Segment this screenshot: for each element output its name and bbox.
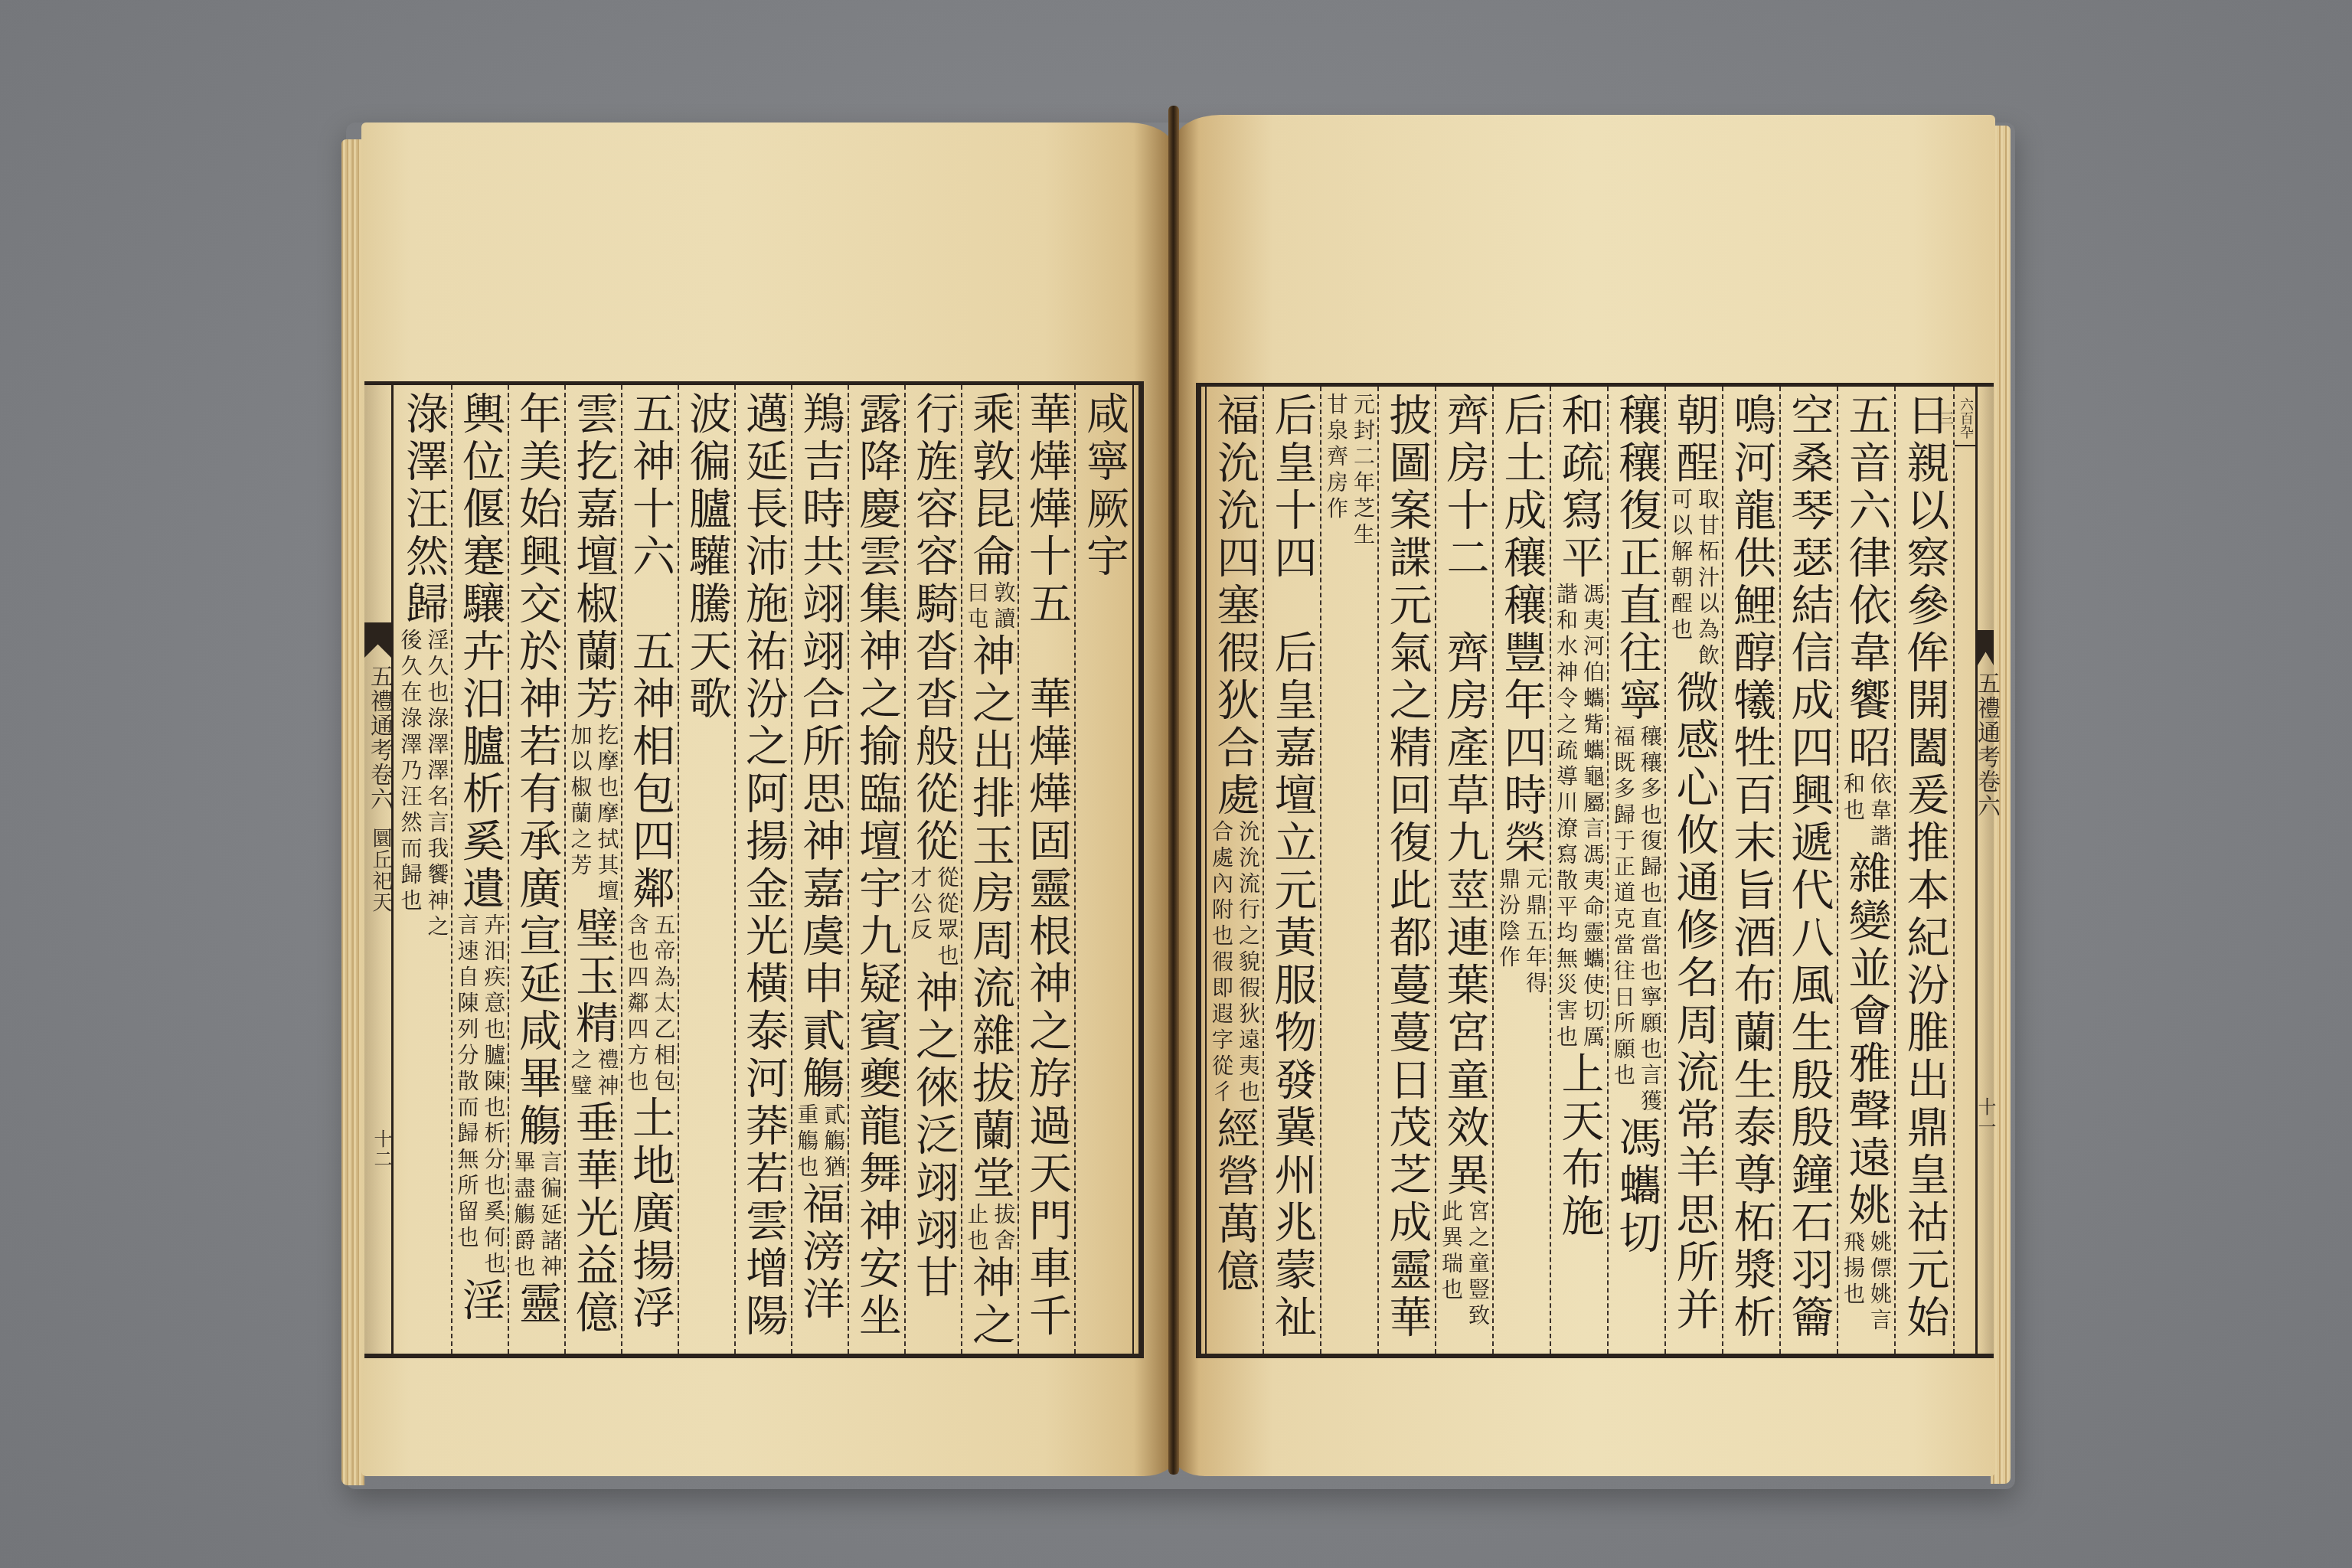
main-text: 經營萬億	[1208, 1106, 1262, 1296]
note-left-line: 加以椒蘭之芳	[568, 724, 593, 906]
text-column: 咸寧厥宇	[1076, 385, 1132, 1354]
text-column: 行旌容容騎沓沓般從從 從從眾也才公反 神之徠泛翊翊甘	[906, 385, 962, 1354]
main-text: 五神十六 五神相包四鄰	[623, 391, 677, 913]
main-text: 披圖案諜元氣之精回復此都蔓蔓日茂芝成靈華	[1380, 393, 1434, 1342]
note-left-line: 畢盡觴爵也	[511, 1151, 536, 1281]
main-text: 微感心攸通修名周流常羊思所并	[1668, 670, 1721, 1334]
interlinear-note: 禮神之璧	[568, 1048, 619, 1100]
interlinear-note: 淫久也淥澤澤名言我饗神之後久在淥澤乃汪然而歸也	[398, 629, 449, 941]
note-right-line: 元鼎五年得	[1523, 867, 1547, 998]
main-text: 淥澤汪然歸	[397, 391, 450, 629]
right-banxin: 五禮通考卷六 十一	[1975, 387, 1994, 1354]
interlinear-note: 依韋諧和也	[1841, 773, 1892, 851]
note-left-line: 言速自陳列分散而歸無所留也	[455, 913, 479, 1278]
text-column: 淥澤汪然歸 淫久也淥澤澤名言我饗神之後久在淥澤乃汪然而歸也	[396, 385, 452, 1354]
note-right-line: 拔舍	[991, 1203, 1016, 1255]
note-right-line: 五帝為太乙相包	[652, 913, 676, 1096]
text-column: 齊房十二 齊房產草九莖連葉宮童效異 宮之童豎致此異瑞也	[1436, 387, 1494, 1354]
leaf-number: 十二	[371, 1129, 392, 1169]
interlinear-note: 卉汨疾意也臚陳也析分也奚何也言速自陳列分散而歸無所留也	[455, 913, 506, 1278]
interlinear-note: 宮之童豎致此異瑞也	[1439, 1200, 1490, 1330]
note-left-line: 後久在淥澤乃汪然而歸也	[398, 629, 423, 941]
note-left-line: 之璧	[568, 1048, 593, 1100]
main-text: 上天布施	[1553, 1051, 1606, 1241]
main-text: 靈	[510, 1281, 563, 1328]
interlinear-note: 貳觴猶重觴也	[795, 1103, 846, 1181]
main-text: 鳴河龍供鯉醇犧牲百末旨酒布蘭生泰尊柘漿析	[1725, 393, 1779, 1342]
main-text: 福滂洋	[793, 1181, 847, 1324]
note-right-line: 元封二年芝生	[1351, 393, 1375, 549]
ear-column: 六百卆三	[1953, 387, 1975, 1354]
text-column: 福沇沇四塞徦狄合處 沇沇流行之貌徦狄遠夷也合處內附也徦即遐字從彳 經營萬億	[1207, 387, 1264, 1354]
note-left-line: 重觴也	[795, 1103, 819, 1181]
main-text: 神之出排玉房周流雜拔蘭堂	[963, 633, 1017, 1203]
text-column: 輿位偃蹇驤卉汨臚析奚遺 卉汨疾意也臚陳也析分也奚何也言速自陳列分散而歸無所留也 …	[452, 385, 509, 1354]
margin-title: 五禮通考卷六	[1973, 671, 1999, 818]
text-column: 和疏寫平 馮夷河伯蠵觜蠵龜屬言馮夷命靈蠵使切厲諧和水神令之疏導川潦寫散平均無災害…	[1551, 387, 1609, 1354]
interlinear-note: 敦讀曰屯	[965, 581, 1016, 633]
note-left-line: 可以解朝酲也	[1668, 488, 1693, 670]
text-column: 后土成穰穰豐年四時榮 元鼎五年得鼎汾陰作	[1494, 387, 1551, 1354]
interlinear-note: 沇沇流行之貌徦狄遠夷也合處內附也徦即遐字從彳	[1209, 820, 1260, 1106]
text-column: 日親以察參侔開闔爰推本紀汾脽出鼎皇祜元始	[1896, 387, 1953, 1354]
text-column: 華燁燁十五 華燁燁固靈根神之斿過天門車千	[1019, 385, 1076, 1354]
interlinear-note: 元封二年芝生甘泉齊房作	[1324, 393, 1375, 549]
note-right-line: 貳觴猶	[822, 1103, 846, 1181]
text-column: 五音六律依韋饗昭 依韋諧和也 雜變並會雅聲遠姚 姚僄姚言飛揚也	[1838, 387, 1896, 1354]
main-text: 神之	[963, 1255, 1017, 1350]
note-right-line: 言徧延諸神	[538, 1151, 563, 1281]
note-right-line: 卉汨疾意也臚陳也析分也奚何也	[482, 913, 506, 1278]
fishtail-mark-icon	[1978, 630, 1994, 665]
text-column: 披圖案諜元氣之精回復此都蔓蔓日茂芝成靈華	[1379, 387, 1436, 1354]
main-text: 雲扢嘉壇椒蘭芳	[567, 391, 620, 724]
note-right-line: 姚僄姚言	[1867, 1230, 1892, 1334]
main-text: 福沇沇四塞徦狄合處	[1208, 393, 1262, 820]
note-left-line: 合處內附也徦即遐字從彳	[1209, 820, 1233, 1106]
text-column: 波徧臚驩騰天歌	[679, 385, 736, 1354]
right-text-columns: 日親以察參侔開闔爰推本紀汾脽出鼎皇祜元始 五音六律依韋饗昭 依韋諧和也 雜變並會…	[1205, 387, 1953, 1354]
text-column: 朝酲 取甘柘汁以為飲可以解朝酲也 微感心攸通修名周流常羊思所并	[1666, 387, 1723, 1354]
main-text: 穰穰復正直往寧	[1610, 393, 1664, 725]
note-right-line: 取甘柘汁以為飲	[1695, 488, 1720, 670]
text-column: 五神十六 五神相包四鄰 五帝為太乙相包含也四鄰四方也 土地廣揚浮	[622, 385, 679, 1354]
note-right-line: 敦讀	[991, 581, 1016, 633]
main-text: 神之徠泛翊翊甘	[906, 970, 960, 1302]
note-left-line: 曰屯	[965, 581, 989, 633]
main-text: 行旌容容騎沓沓般從從	[906, 391, 960, 866]
text-column: 空桑琴瑟結信成四興遞代八風生殷殷鐘石羽籥	[1781, 387, 1838, 1354]
note-left-line: 諧和水神令之疏導川潦寫散平均無災害也	[1553, 583, 1578, 1051]
note-left-line: 甘泉齊房作	[1324, 393, 1348, 549]
main-text: 土地廣揚浮	[623, 1096, 677, 1333]
note-right-line: 穰穰多也復歸也直當也寧願也言獲	[1638, 725, 1662, 1116]
note-right-line: 馮夷河伯蠵觜蠵龜屬言馮夷命靈蠵使切厲	[1580, 583, 1605, 1051]
main-text: 輿位偃蹇驤卉汨臚析奚遺	[453, 391, 507, 913]
interlinear-note: 拔舍止也	[965, 1203, 1016, 1255]
left-page-frame: 五禮通考卷六 圜丘祀天 十二 咸寧厥宇 華燁燁十五 華燁燁固靈根神之斿過天門車千…	[364, 381, 1144, 1358]
interlinear-note: 五帝為太乙相包含也四鄰四方也	[625, 913, 676, 1096]
note-left-line: 和也	[1841, 773, 1865, 851]
interlinear-note: 元鼎五年得鼎汾陰作	[1496, 867, 1547, 998]
note-right-line: 依韋諧	[1867, 773, 1892, 851]
text-column: 穰穰復正直往寧 穰穰多也復歸也直當也寧願也言獲福既多歸于正道克當往日所願也 馮蠵…	[1609, 387, 1666, 1354]
text-column: 露降慶雲集神之揄臨壇宇九疑賓夔龍舞神安坐	[849, 385, 906, 1354]
main-text: 齊房十二 齊房產草九莖連葉宮童效異	[1438, 393, 1491, 1200]
note-right-line: 扢摩也摩拭其壇	[595, 724, 619, 906]
text-column: 年美始興交於神若有承廣宣延咸畢觴 言徧延諸神畢盡觴爵也 靈	[509, 385, 566, 1354]
note-left-line: 才公反	[908, 866, 933, 970]
interlinear-note: 取甘柘汁以為飲可以解朝酲也	[1668, 488, 1720, 670]
left-banxin: 五禮通考卷六 圜丘祀天 十二	[364, 385, 394, 1354]
gutter	[1168, 106, 1179, 1475]
text-column: 元封二年芝生甘泉齊房作	[1321, 387, 1379, 1354]
text-column: 后皇十四 后皇嘉壇立元黃服物發冀州兆蒙祉	[1264, 387, 1321, 1354]
margin-section: 圜丘祀天	[369, 828, 392, 913]
interlinear-note: 穰穰多也復歸也直當也寧願也言獲福既多歸于正道克當往日所願也	[1611, 725, 1662, 1116]
right-page-frame: 日親以察參侔開闔爰推本紀汾脽出鼎皇祜元始 五音六律依韋饗昭 依韋諧和也 雜變並會…	[1196, 383, 1994, 1358]
note-left-line: 止也	[965, 1203, 989, 1255]
note-left-line: 鼎汾陰作	[1496, 867, 1521, 998]
ear-note: 六百卆三	[1955, 391, 1975, 446]
main-text: 年美始興交於神若有承廣宣延咸畢觴	[510, 391, 563, 1151]
fishtail-mark-icon	[364, 622, 391, 658]
main-text: 乘敦昆侖	[963, 391, 1017, 581]
main-text: 和疏寫平	[1553, 393, 1606, 583]
text-column: 乘敦昆侖 敦讀曰屯 神之出排玉房周流雜拔蘭堂 拔舍止也 神之	[962, 385, 1019, 1354]
main-text: 露降慶雲集神之揄臨壇宇九疑賓夔龍舞神安坐	[850, 391, 903, 1341]
interlinear-note: 姚僄姚言飛揚也	[1841, 1230, 1892, 1334]
main-text: 馮蠵切	[1610, 1116, 1664, 1258]
text-column: 邁延長沛施祐汾之阿揚金光橫泰河莽若雲增陽	[736, 385, 792, 1354]
main-text: 日親以察參侔開闔爰推本紀汾脽出鼎皇祜元始	[1898, 393, 1952, 1342]
main-text: 璧玉精	[567, 906, 620, 1048]
note-left-line: 含也四鄰四方也	[625, 913, 649, 1096]
text-column: 雲扢嘉壇椒蘭芳 扢摩也摩拭其壇加以椒蘭之芳 璧玉精 禮神之璧 垂華光益億	[566, 385, 622, 1354]
main-text: 淫	[453, 1278, 507, 1325]
text-column: 鳴河龍供鯉醇犧牲百末旨酒布蘭生泰尊柘漿析	[1723, 387, 1781, 1354]
main-text: 華燁燁十五 華燁燁固靈根神之斿過天門車千	[1020, 391, 1073, 1341]
note-right-line: 宮之童豎致	[1465, 1200, 1490, 1330]
note-right-line: 沇沇流行之貌徦狄遠夷也	[1236, 820, 1260, 1106]
main-text: 鴹吉時共翊翊合所思神嘉虞申貳觴	[793, 391, 847, 1103]
text-column: 鴹吉時共翊翊合所思神嘉虞申貳觴 貳觴猶重觴也 福滂洋	[792, 385, 849, 1354]
note-right-line: 從從眾也	[935, 866, 959, 970]
main-text: 咸寧厥宇	[1077, 391, 1131, 581]
leaf-number: 十一	[1975, 1097, 1996, 1137]
note-left-line: 福既多歸于正道克當往日所願也	[1611, 725, 1635, 1116]
main-text: 邁延長沛施祐汾之阿揚金光橫泰河莽若雲增陽	[737, 391, 790, 1341]
note-right-line: 淫久也淥澤澤名言我饗神之	[425, 629, 449, 941]
main-text: 空桑琴瑟結信成四興遞代八風生殷殷鐘石羽籥	[1782, 393, 1836, 1342]
main-text: 后土成穰穰豐年四時榮	[1495, 393, 1549, 867]
note-left-line: 飛揚也	[1841, 1230, 1865, 1334]
interlinear-note: 言徧延諸神畢盡觴爵也	[511, 1151, 563, 1281]
margin-title: 五禮通考卷六	[366, 665, 392, 812]
main-text: 五音六律依韋饗昭	[1840, 393, 1893, 773]
interlinear-note: 扢摩也摩拭其壇加以椒蘭之芳	[568, 724, 619, 906]
main-text: 后皇十四 后皇嘉壇立元黃服物發冀州兆蒙祉	[1266, 393, 1319, 1342]
main-text: 雜變並會雅聲遠姚	[1840, 851, 1893, 1230]
interlinear-note: 馮夷河伯蠵觜蠵龜屬言馮夷命靈蠵使切厲諧和水神令之疏導川潦寫散平均無災害也	[1553, 583, 1605, 1051]
note-right-line: 禮神	[595, 1048, 619, 1100]
left-text-columns: 咸寧厥宇 華燁燁十五 華燁燁固靈根神之斿過天門車千 乘敦昆侖 敦讀曰屯 神之出排…	[396, 385, 1134, 1354]
main-text: 朝酲	[1668, 393, 1721, 488]
main-text: 垂華光益億	[567, 1100, 620, 1338]
interlinear-note: 從從眾也才公反	[908, 866, 959, 970]
main-text: 波徧臚驩騰天歌	[680, 391, 733, 724]
note-left-line: 此異瑞也	[1439, 1200, 1463, 1330]
